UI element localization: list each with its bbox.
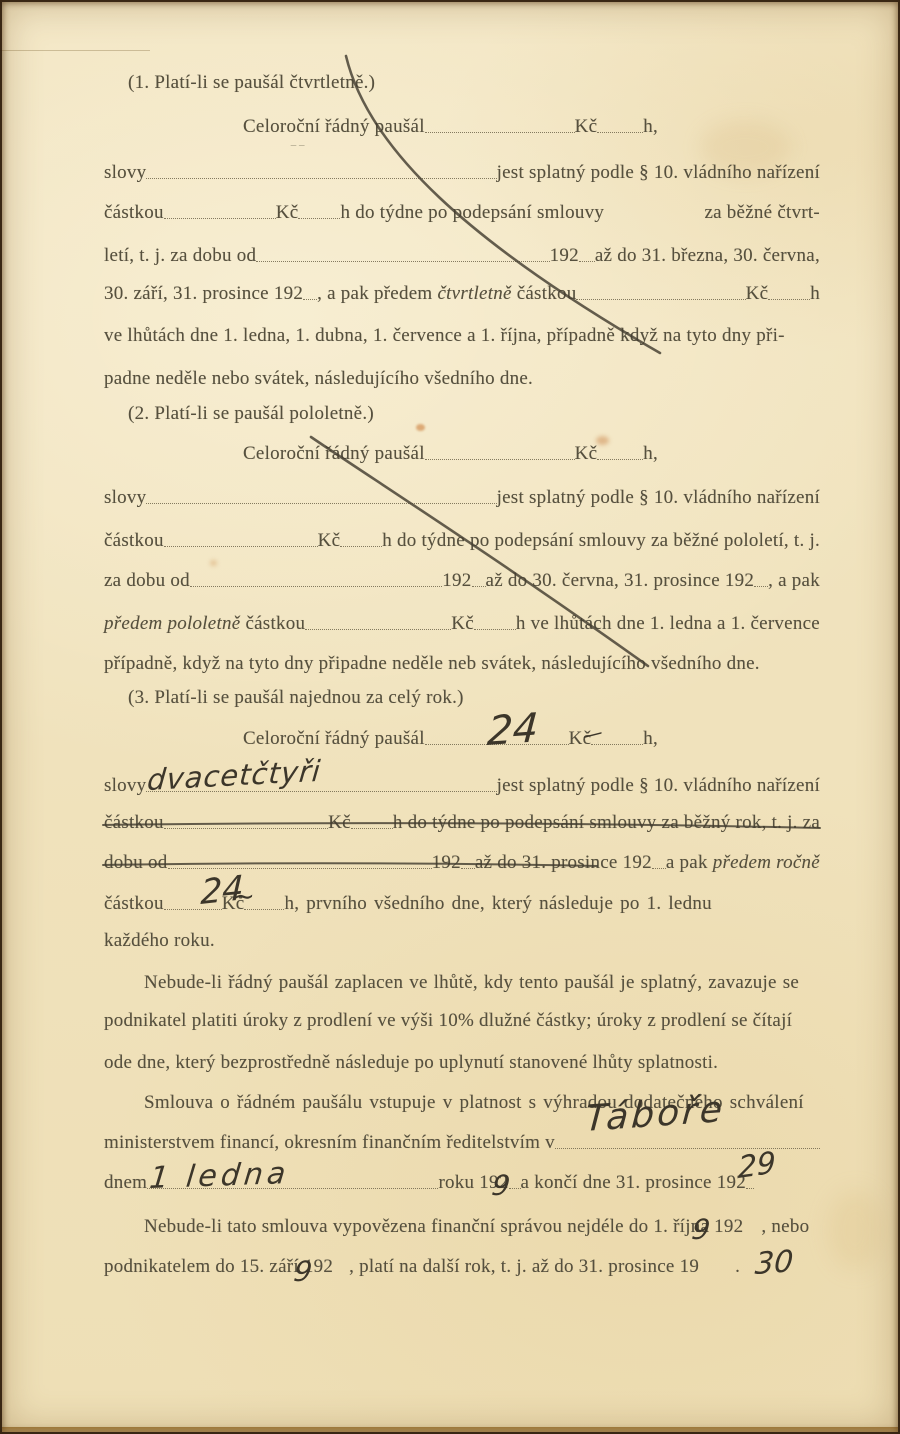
printed-line: ve lhůtách dne 1. ledna, 1. dubna, 1. če…	[104, 325, 820, 347]
printed-text: částkou	[104, 202, 164, 224]
printed-text: Kč	[276, 202, 299, 224]
printed-text: až do 30. června, 31. prosince 192	[486, 570, 755, 592]
printed-text: případně, když na tyto dny připadne nedě…	[104, 653, 760, 675]
printed-text-italic: předem ročně	[713, 852, 820, 874]
printed-text: Kč	[575, 443, 598, 465]
printed-text: slovy	[104, 487, 146, 509]
printed-line: Nebude-li řádný paušál zaplacen ve lhůtě…	[144, 972, 820, 994]
printed-text: Kč	[318, 530, 341, 552]
printed-text: za běžné čtvrt-	[704, 202, 820, 224]
printed-text: , a pak předem	[317, 283, 437, 305]
printed-text: částkou	[104, 530, 164, 552]
printed-line: podnikatelem do 15. září 192, platí na d…	[104, 1256, 820, 1278]
printed-text: h do týdne po podepsání smlouvy za běžný…	[393, 812, 820, 834]
paper-stain	[416, 424, 425, 431]
printed-text: Celoroční řádný paušál	[243, 116, 425, 138]
dotted-leader	[474, 628, 516, 630]
printed-line: každého roku.	[104, 930, 820, 952]
dotted-leader	[579, 260, 595, 262]
printed-text: za dobu od	[104, 570, 190, 592]
printed-line: Nebude-li tato smlouva vypovězena finanč…	[144, 1216, 820, 1238]
printed-line: (1. Platí-li se paušál čtvrtletně.)	[128, 72, 375, 94]
printed-line: za dobu od192až do 30. června, 31. prosi…	[104, 570, 820, 592]
dotted-leader	[652, 867, 666, 869]
printed-text: jest splatný podle § 10. vládního naříze…	[497, 487, 820, 509]
printed-line: padne neděle nebo svátek, následujícího …	[104, 368, 820, 390]
printed-text: dobu od	[104, 852, 168, 874]
printed-text: jest splatný podle § 10. vládního naříze…	[497, 775, 820, 797]
printed-text: (1. Platí-li se paušál čtvrtletně.)	[128, 72, 375, 94]
handwritten-text: 30	[754, 1247, 794, 1280]
dotted-leader	[754, 585, 768, 587]
printed-text: h,	[643, 443, 658, 465]
printed-text: jest splatný podle § 10. vládního naříze…	[497, 162, 820, 184]
printed-line: slovyjest splatný podle § 10. vládního n…	[104, 162, 820, 184]
dotted-leader	[164, 827, 328, 829]
dotted-leader	[461, 867, 475, 869]
printed-text: (3. Platí-li se paušál najednou za celý …	[128, 687, 464, 709]
printed-line: částkouKčh do týdne po podepsání smlouvy…	[104, 812, 820, 834]
dotted-leader	[168, 867, 432, 869]
printed-line: Celoroční řádný paušálKčh,	[243, 116, 658, 138]
dotted-leader	[256, 260, 549, 262]
printed-text: až do 31. března, 30. června,	[595, 245, 820, 267]
handwritten-text: Táboře	[584, 1092, 726, 1138]
printed-line: (2. Platí-li se paušál pololetně.)	[128, 403, 374, 425]
dotted-leader	[351, 827, 393, 829]
printed-text: dnem	[104, 1172, 147, 1194]
dotted-leader	[190, 585, 442, 587]
printed-text-italic: čtvrtletně	[437, 283, 511, 305]
printed-text: Kč	[575, 116, 598, 138]
printed-text: Celoroční řádný paušál	[243, 443, 425, 465]
printed-text: částkou	[104, 893, 164, 915]
printed-text: .	[735, 1256, 740, 1278]
handwritten-text: 9	[690, 1216, 712, 1244]
printed-text: Kč	[746, 283, 769, 305]
printed-text: ministerstvem financí, okresním finanční…	[104, 1132, 555, 1154]
printed-line: částkouKčh do týdne po podepsání smlouvy…	[104, 202, 820, 224]
dotted-leader	[146, 502, 496, 504]
printed-text: 192	[432, 852, 461, 874]
printed-text: h do týdne po podepsání smlouvy za běžné…	[382, 530, 820, 552]
printed-text: ve lhůtách dne 1. ledna, 1. dubna, 1. če…	[104, 325, 785, 347]
handwritten-text: 9	[292, 1258, 314, 1286]
printed-text: a končí dne 31. prosince 192	[521, 1172, 746, 1194]
handwritten-text: 9	[490, 1172, 512, 1200]
printed-text: , platí na další rok, t. j. až do 31. pr…	[349, 1256, 699, 1278]
printed-text: ode dne, který bezprostředně následuje p…	[104, 1052, 718, 1074]
handwritten-text: 29	[738, 1148, 776, 1184]
printed-line: částkouKčh do týdne po podepsání smlouvy…	[104, 530, 820, 552]
printed-text: slovy	[104, 775, 146, 797]
printed-text: Nebude-li řádný paušál zaplacen ve lhůtě…	[144, 972, 799, 994]
dotted-leader	[340, 545, 382, 547]
printed-line: (3. Platí-li se paušál najednou za celý …	[128, 687, 464, 709]
dotted-leader	[146, 177, 496, 179]
printed-text: letí, t. j. za dobu od	[104, 245, 256, 267]
printed-text: podnikatel platiti úroky z prodlení ve v…	[104, 1010, 792, 1032]
printed-text: , nebo	[761, 1216, 809, 1238]
printed-line: případně, když na tyto dny připadne nedě…	[104, 653, 820, 675]
printed-text: každého roku.	[104, 930, 215, 952]
dotted-leader	[472, 585, 486, 587]
dotted-leader	[425, 131, 575, 133]
printed-text: (2. Platí-li se paušál pololetně.)	[128, 403, 374, 425]
dotted-leader	[597, 131, 643, 133]
printed-text: Celoroční řádný paušál	[243, 728, 425, 750]
document-page: (1. Platí-li se paušál čtvrtletně.)Celor…	[0, 0, 900, 1434]
blank-gap	[699, 1271, 735, 1272]
blank-gap	[743, 1231, 761, 1232]
dotted-leader	[509, 1187, 521, 1189]
printed-text: 192	[442, 570, 471, 592]
dotted-leader	[303, 298, 317, 300]
printed-line: Celoroční řádný paušálKčh,	[243, 443, 658, 465]
printed-line: předem pololetně částkouKčh ve lhůtách d…	[104, 613, 820, 635]
printed-text: h, prvního všedního dne, který následuje…	[284, 893, 711, 915]
printed-line: ministerstvem financí, okresním finanční…	[104, 1132, 820, 1154]
printed-text: Kč	[451, 613, 474, 635]
printed-line: letí, t. j. za dobu od192až do 31. březn…	[104, 245, 820, 267]
printed-text-italic: předem pololetně	[104, 613, 240, 635]
printed-text: částkou	[240, 613, 305, 635]
printed-text: padne neděle nebo svátek, následujícího …	[104, 368, 533, 390]
page-bottom-edge	[2, 1427, 898, 1432]
printed-text: Kč	[328, 812, 351, 834]
printed-text: 192	[550, 245, 579, 267]
printed-text: Nebude-li tato smlouva vypovězena finanč…	[144, 1216, 743, 1238]
printed-line: ode dne, který bezprostředně následuje p…	[104, 1052, 820, 1074]
printed-text: h	[810, 283, 820, 305]
dotted-leader	[746, 1187, 754, 1189]
printed-line: podnikatel platiti úroky z prodlení ve v…	[104, 1010, 820, 1032]
printed-text: , a pak	[768, 570, 820, 592]
handwritten-text: 24	[486, 708, 540, 752]
paper-stain	[828, 1190, 883, 1270]
handwritten-text: – –	[290, 140, 305, 151]
paper-stain	[210, 560, 217, 566]
printed-text: h do týdne po podepsání smlouvy	[340, 202, 604, 224]
handwritten-text: ~	[231, 884, 256, 910]
dotted-leader	[164, 217, 276, 219]
printed-line: slovyjest splatný podle § 10. vládního n…	[104, 487, 820, 509]
printed-text: 30. září, 31. prosince 192	[104, 283, 303, 305]
printed-text: částkou	[512, 283, 577, 305]
dotted-leader	[164, 545, 318, 547]
dotted-leader	[298, 217, 340, 219]
dotted-leader	[576, 298, 745, 300]
printed-text: h ve lhůtách dne 1. ledna a 1. července	[516, 613, 820, 635]
dotted-leader	[555, 1147, 820, 1149]
handwritten-text: —	[582, 721, 604, 746]
handwritten-text: 1 ledna	[148, 1159, 291, 1194]
blank-gap	[333, 1271, 349, 1272]
printed-text: h,	[643, 728, 658, 750]
dotted-leader	[597, 458, 643, 460]
printed-text: h,	[643, 116, 658, 138]
paper-crease	[0, 50, 150, 51]
printed-text: a pak	[666, 852, 713, 874]
printed-text: až do 31. prosince 192	[475, 852, 652, 874]
printed-text: slovy	[104, 162, 146, 184]
dotted-leader	[305, 628, 451, 630]
printed-line: 30. září, 31. prosince 192, a pak předem…	[104, 283, 820, 305]
dotted-leader	[425, 458, 575, 460]
dotted-leader	[768, 298, 810, 300]
printed-text: částkou	[104, 812, 164, 834]
blank-gap	[604, 217, 704, 218]
